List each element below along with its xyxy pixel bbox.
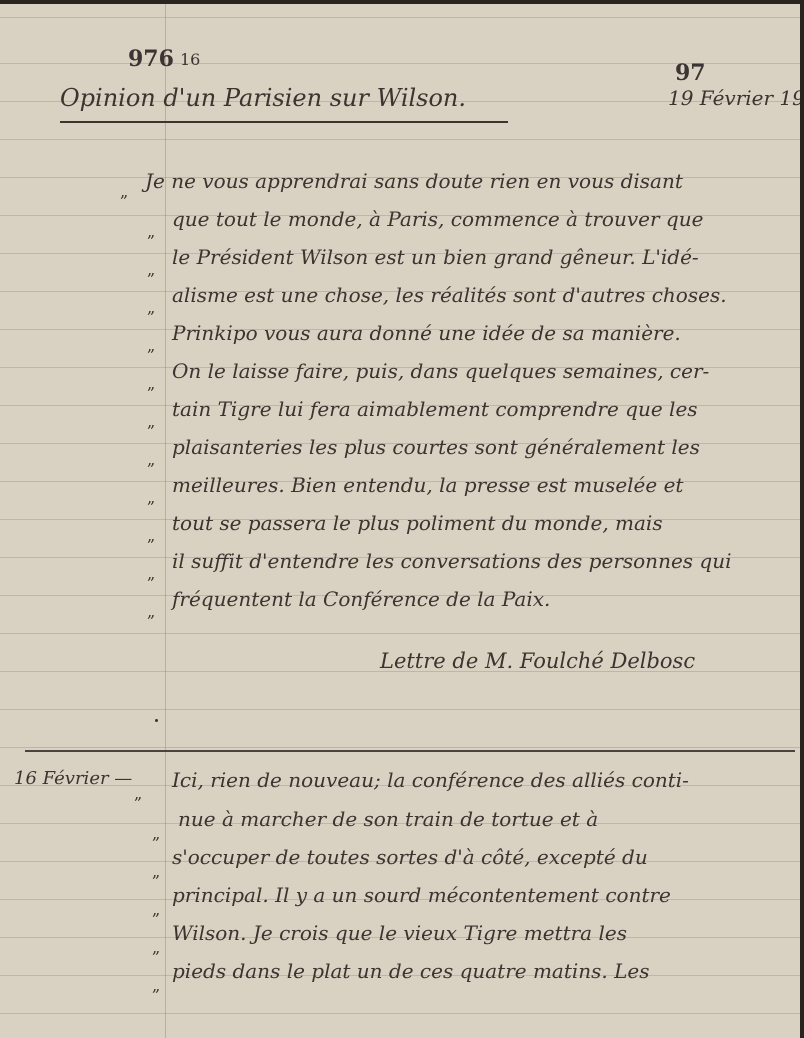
entry1-line: plaisanteries les plus courtes sont géné… [172,435,700,459]
document-title: Opinion d'un Parisien sur Wilson. [60,84,466,112]
ditto-mark: „ [152,938,160,957]
margin-line [165,4,166,1038]
entry1-line: On le laisse faire, puis, dans quelques … [172,359,709,383]
ditto-mark: „ [152,900,160,919]
entry1-line: Je ne vous apprendrai sans doute rien en… [145,169,683,193]
entry1-line: alisme est une chose, les réalités sont … [172,283,727,307]
entry1-line: Prinkipo vous aura donné une idée de sa … [172,321,681,345]
ditto-mark: „ [134,784,142,803]
ditto-mark: „ [147,374,155,393]
ditto-mark: „ [152,862,160,881]
signature: Lettre de M. Foulché Delbosc [380,649,695,673]
entry2-line: s'occuper de toutes sortes d'à côté, exc… [172,845,648,869]
entry2-date: 16 Février — [14,768,132,789]
entry2-line: Wilson. Je crois que le vieux Tigre mett… [172,921,627,945]
ditto-mark: „ [120,182,128,201]
entry1-line: il suffit d'entendre les conversations d… [172,549,731,573]
page-number: 97 [675,60,706,86]
ditto-mark: „ [147,412,155,431]
ditto-mark: „ [147,450,155,469]
ditto-mark: „ [147,526,155,545]
entry1-line: tain Tigre lui fera aimablement comprend… [172,397,698,421]
ditto-mark: „ [147,260,155,279]
ditto-mark: „ [147,336,155,355]
ditto-mark: „ [147,564,155,583]
ink-dot [155,719,158,722]
ditto-mark: „ [147,488,155,507]
entry1-line: le Président Wilson est un bien grand gê… [172,245,699,269]
section-separator [25,750,795,752]
entry2-line: Ici, rien de nouveau; la conférence des … [172,768,689,792]
entry1-line: que tout le monde, à Paris, commence à t… [172,207,703,231]
ditto-mark: „ [147,222,155,241]
entry1-line: tout se passera le plus poliment du mond… [172,511,663,535]
ditto-mark: „ [147,298,155,317]
entry1-line: fréquentent la Conférence de la Paix. [172,587,550,611]
document-page: 976 16 97 Opinion d'un Parisien sur Wils… [0,4,800,1038]
entry2-line: pieds dans le plat un de ces quatre mati… [172,959,650,983]
stamp-number: 976 [128,46,174,72]
entry1-line: meilleures. Bien entendu, la presse est … [172,473,683,497]
ditto-mark: „ [152,976,160,995]
stamp-sub-number: 16 [180,50,200,69]
ditto-mark: „ [147,602,155,621]
entry2-line: principal. Il y a un sourd mécontentemen… [172,883,671,907]
document-date: 19 Février 1919 [668,86,800,110]
title-underline [60,121,508,123]
ditto-mark: „ [152,824,160,843]
entry2-line: nue à marcher de son train de tortue et … [178,807,598,831]
